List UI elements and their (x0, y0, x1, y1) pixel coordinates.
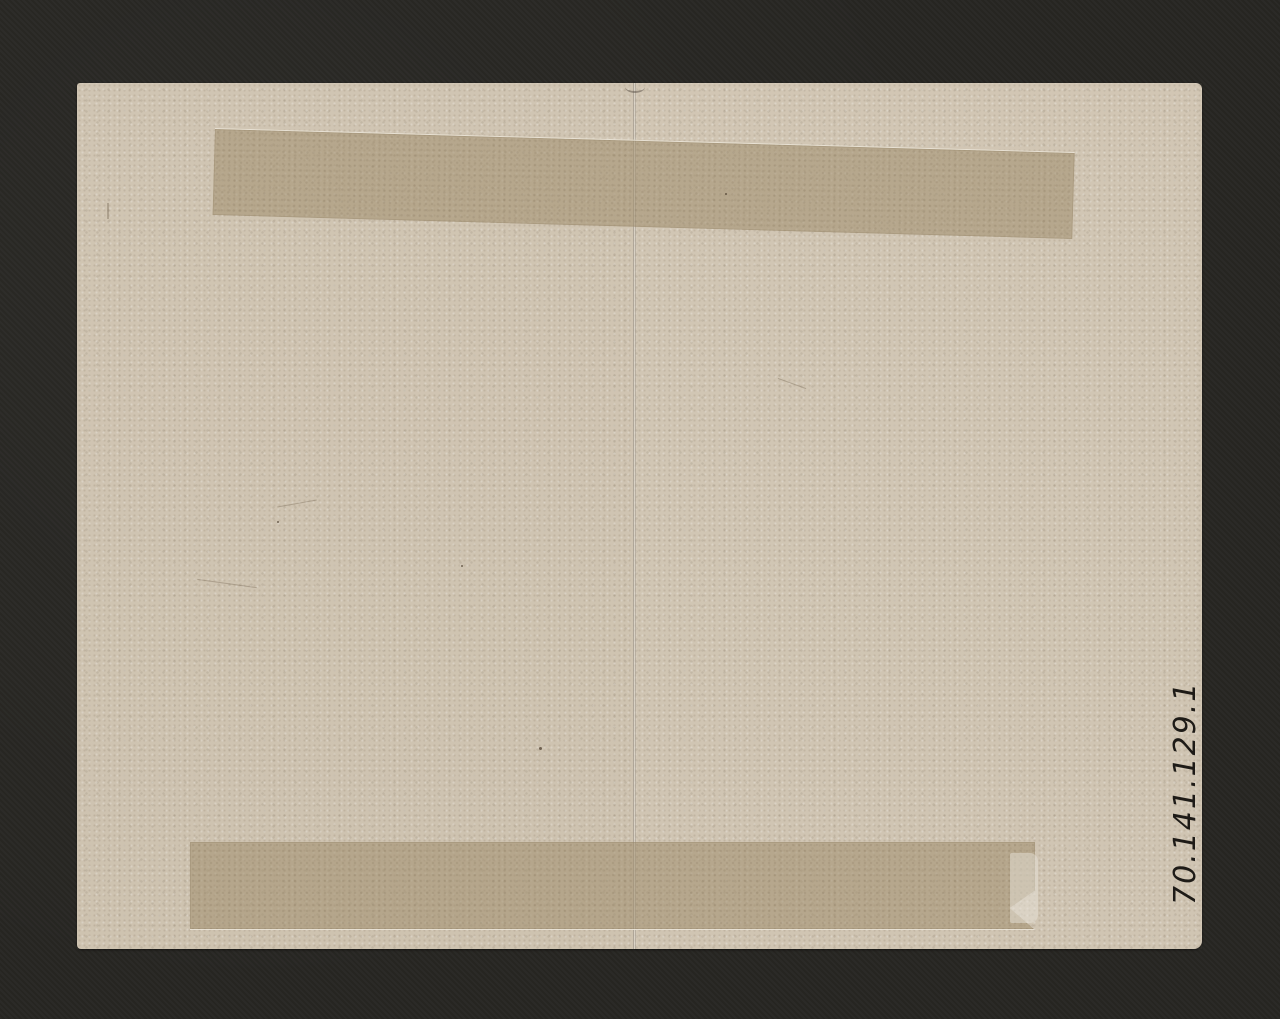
fold-notch (625, 81, 645, 93)
paper-card (77, 83, 1202, 949)
tape-peel-edge (1010, 853, 1038, 923)
paper-speck (277, 521, 279, 523)
paper-speck (461, 565, 463, 567)
tape-strip-bottom (190, 842, 1035, 930)
paper-speck (725, 193, 727, 195)
paper-speck (539, 747, 542, 750)
paper-fiber (107, 203, 109, 219)
accession-number-label: 70.141.129.1 (1168, 681, 1203, 905)
